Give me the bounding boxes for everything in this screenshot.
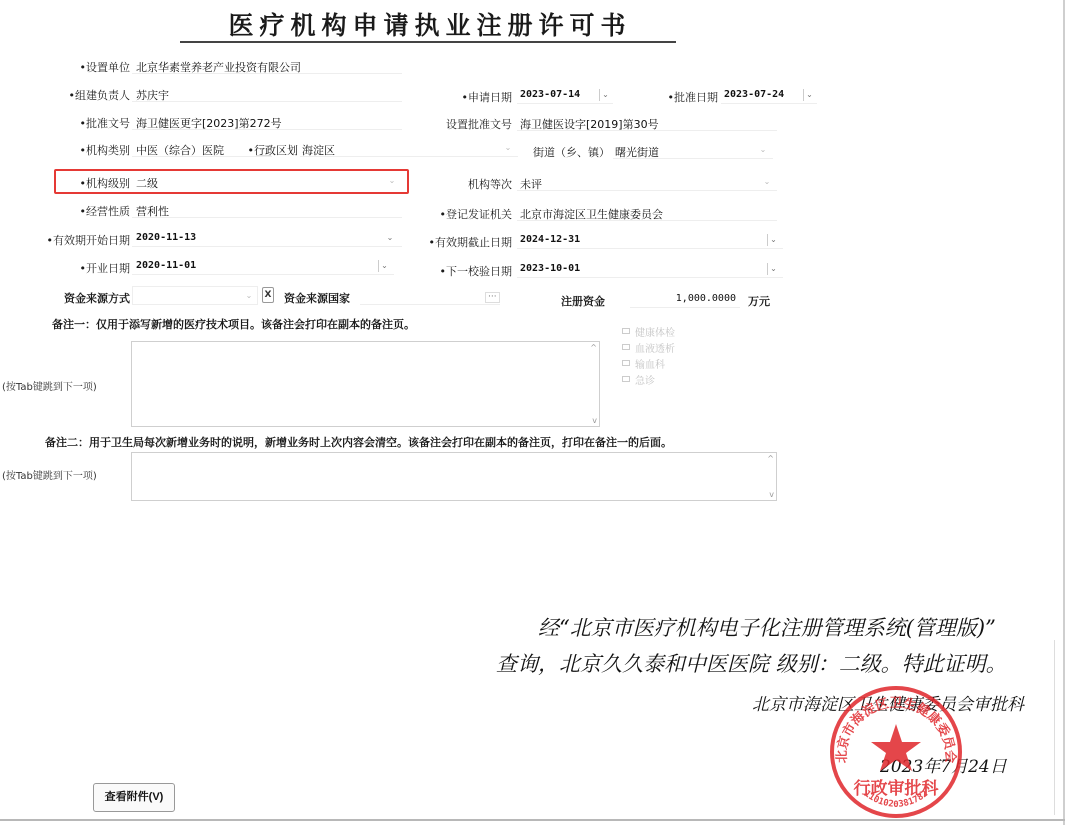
level-value: 二级 [136,175,158,191]
street-field[interactable]: 曙光街道 ⌄ [613,140,773,159]
founder-label: •组建负责人 [69,87,131,103]
grade-field[interactable]: 未评 ⌄ [517,172,777,191]
note1-textarea[interactable]: ^ v [131,341,600,427]
grade-dropdown-icon[interactable]: ⌄ [761,176,773,188]
next-check-date-value: 2023-10-01 [520,263,580,274]
valid-start-value: 2020-11-13 [136,232,196,243]
note1-scroll-up-icon[interactable]: ^ [590,343,597,352]
registered-capital-label: 注册资金 [561,293,605,309]
next-check-date-field[interactable]: 2023-10-01 ⌄ [517,259,783,278]
apply-date-field[interactable]: 2023-07-14 ⌄ [517,85,613,104]
note1-tab-hint: (按Tab键跳到下一项) [2,378,97,393]
approve-date-field[interactable]: 2023-07-24 ⌄ [721,85,817,104]
clear-button[interactable]: X [262,287,274,303]
note1-option[interactable]: 急诊 [622,371,675,387]
window-right-border [1063,0,1065,825]
fund-source-method-dropdown-icon[interactable]: ⌄ [243,290,255,302]
checkbox-icon[interactable] [622,376,630,382]
founder-field[interactable]: 苏庆宇 [132,83,402,102]
level-dropdown-icon[interactable]: ⌄ [386,175,398,187]
setting-unit-label: •设置单位 [80,59,131,75]
approval-doc-field[interactable]: 海卫健医更字[2023]第272号 [132,111,402,130]
handwritten-line-1: 经“北京市医疗机构电子化注册管理系统(管理版)” [538,612,996,642]
registered-capital-unit: 万元 [748,293,770,309]
district-field[interactable]: 海淀区 ⌄ [300,138,518,157]
apply-date-value: 2023-07-14 [520,89,580,100]
next-check-date-label: •下一校验日期 [440,263,513,279]
valid-end-label: •有效期截止日期 [429,234,513,250]
setting-unit-field[interactable]: 北京华素堂养老产业投资有限公司 [132,55,402,74]
street-value: 曙光街道 [615,144,659,160]
issuing-authority-field[interactable]: 北京市海淀区卫生健康委员会 [517,202,777,221]
note1-option-list: 健康体检 血液透析 输血科 急诊 [622,323,675,387]
level-label: •机构级别 [80,175,131,191]
valid-end-dropdown-icon[interactable]: ⌄ [767,234,779,246]
note1-option[interactable]: 输血科 [622,355,675,371]
note2-tab-hint: (按Tab键跳到下一项) [2,467,97,482]
page-title: 医疗机构申请执业注册许可书 [180,6,680,46]
street-dropdown-icon[interactable]: ⌄ [757,144,769,156]
open-date-dropdown-icon[interactable]: ⌄ [378,260,390,272]
open-date-value: 2020-11-01 [136,260,196,271]
issuing-authority-value: 北京市海淀区卫生健康委员会 [520,206,663,222]
window-bottom-border [0,819,1065,821]
apply-date-dropdown-icon[interactable]: ⌄ [599,89,611,101]
fund-source-method-label: 资金来源方式 [64,290,130,306]
handwritten-line-2: 查询，北京久久泰和中医医院 级别：二级。特此证明。 [496,648,1007,678]
checkbox-icon[interactable] [622,360,630,366]
setup-approval-doc-value: 海卫健医设字[2019]第30号 [520,116,659,132]
next-check-date-dropdown-icon[interactable]: ⌄ [767,263,779,275]
category-value: 中医（综合）医院 [136,142,224,158]
category-label: •机构类别 [80,142,131,158]
note1-scroll-down-icon[interactable]: v [592,416,597,425]
approval-doc-label: •批准文号 [80,115,131,131]
valid-end-value: 2024-12-31 [520,234,580,245]
official-stamp-icon: 北京市海淀区卫生健康委员会 行政审批科 1101020381782 [826,682,966,822]
note1-option[interactable]: 健康体检 [622,323,675,339]
level-field[interactable]: 二级 ⌄ [132,171,402,190]
grade-value: 未评 [520,176,542,192]
district-value: 海淀区 [302,142,335,158]
registered-capital-field[interactable]: 1,000.0000 [630,289,740,308]
approve-date-label: •批准日期 [668,89,719,105]
open-date-label: •开业日期 [80,260,131,276]
note1-heading: 备注一：仅用于添写新增的医疗技术项目。该备注会打印在副本的备注页。 [52,316,415,332]
valid-end-field[interactable]: 2024-12-31 ⌄ [517,230,783,249]
fund-source-method-field[interactable]: ⌄ [132,286,258,305]
title-underline [180,41,676,43]
open-date-field[interactable]: 2020-11-01 ⌄ [132,256,394,275]
nature-field[interactable]: 营利性 [132,199,402,218]
district-dropdown-icon[interactable]: ⌄ [502,142,514,154]
nature-value: 营利性 [136,203,169,219]
note1-option[interactable]: 血液透析 [622,339,675,355]
fund-source-country-label: 资金来源国家 [284,290,350,306]
registered-capital-value: 1,000.0000 [676,293,736,304]
setup-approval-doc-label: 设置批准文号 [446,116,512,132]
district-label: •行政区划 [248,142,299,158]
note2-scroll-down-icon[interactable]: v [769,490,774,499]
fund-source-country-field[interactable] [360,286,500,305]
valid-start-label: •有效期开始日期 [47,232,131,248]
valid-start-field[interactable]: 2020-11-13 ⌄ [132,228,402,247]
street-label: 街道（乡、镇） [533,144,610,160]
checkbox-icon[interactable] [622,344,630,350]
founder-value: 苏庆宇 [136,87,169,103]
approval-doc-value: 海卫健医更字[2023]第272号 [136,115,282,131]
valid-start-dropdown-icon[interactable]: ⌄ [384,232,396,244]
note2-scroll-up-icon[interactable]: ^ [767,454,774,463]
apply-date-label: •申请日期 [462,89,513,105]
fund-source-country-ellipsis-button[interactable]: ··· [485,292,500,303]
note2-heading: 备注二：用于卫生局每次新增业务时的说明，新增业务时上次内容会清空。该备注会打印在… [45,434,672,450]
grade-label: 机构等次 [468,176,512,192]
approve-date-value: 2023-07-24 [724,89,784,100]
issuing-authority-label: •登记发证机关 [440,206,513,222]
setting-unit-value: 北京华素堂养老产业投资有限公司 [136,59,301,75]
nature-label: •经营性质 [80,203,131,219]
view-attachment-button[interactable]: 查看附件(V) [93,783,175,812]
inner-frame-border [1054,640,1055,815]
checkbox-icon[interactable] [622,328,630,334]
setup-approval-doc-field[interactable]: 海卫健医设字[2019]第30号 [517,112,777,131]
note2-textarea[interactable]: ^ v [131,452,777,501]
approve-date-dropdown-icon[interactable]: ⌄ [803,89,815,101]
